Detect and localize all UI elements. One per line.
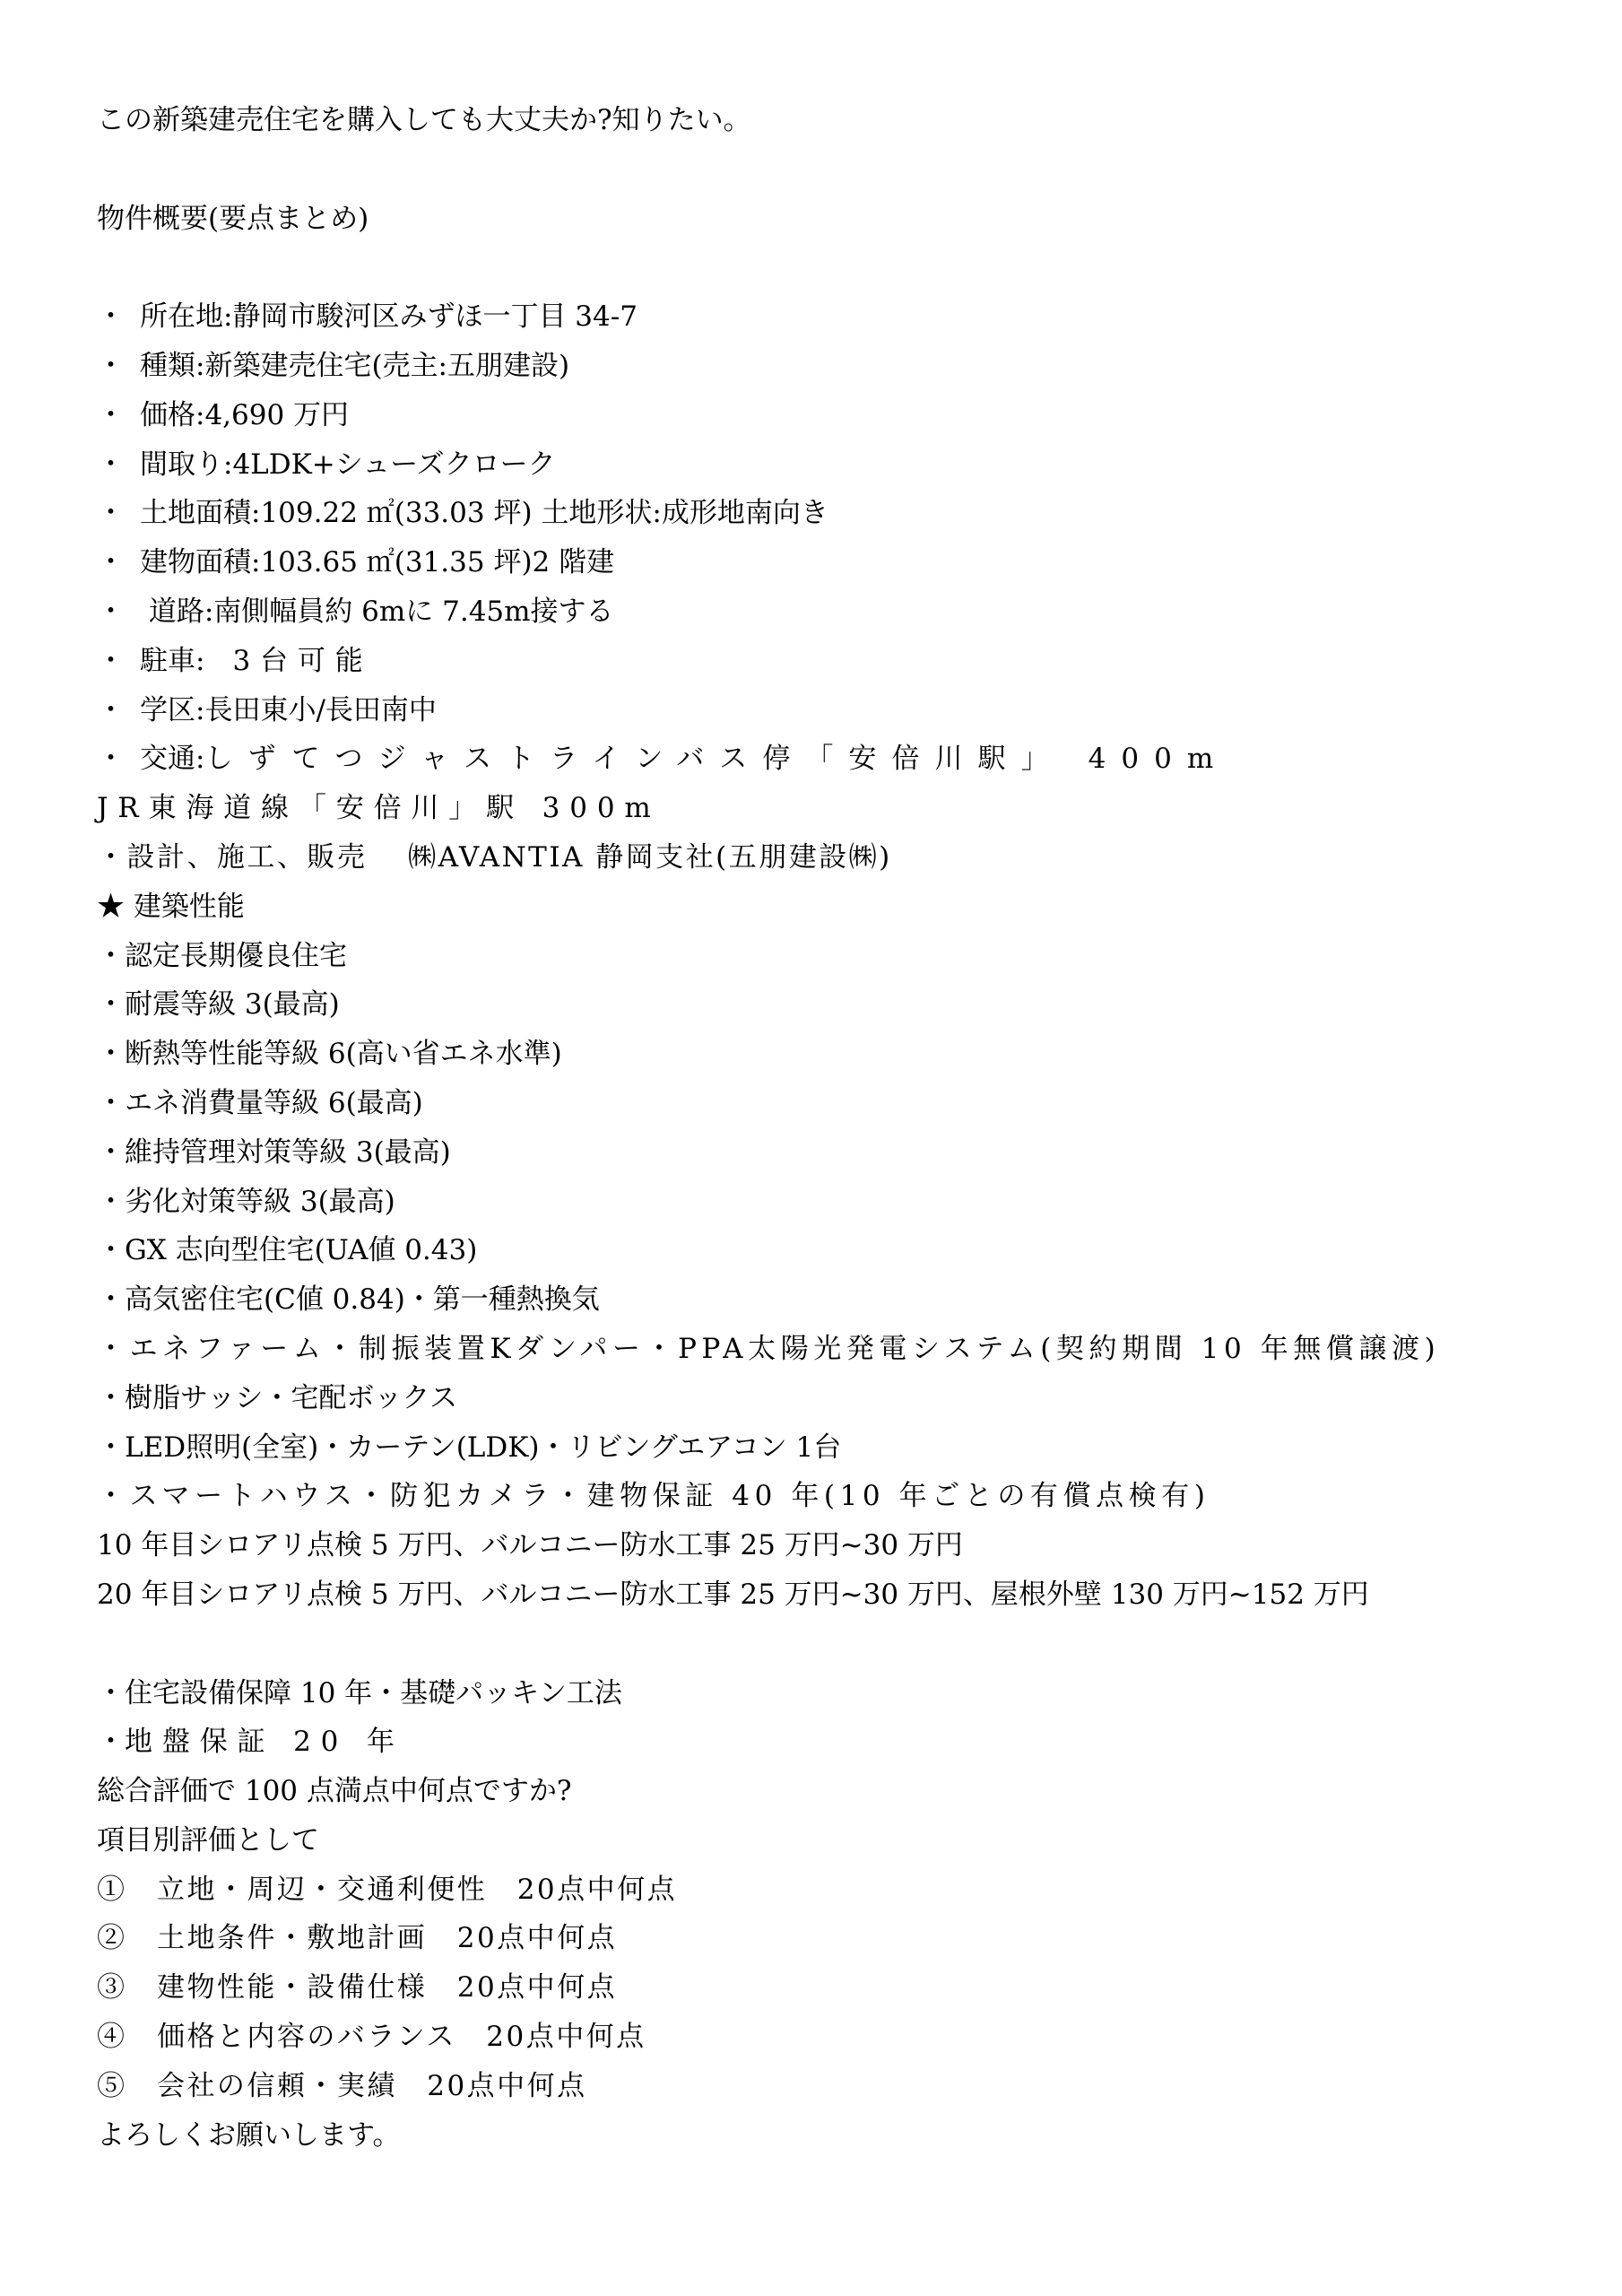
perf-led-curtain-aircon: ・LED照明(全室)・カーテン(LDK)・リビングエアコン 1台 xyxy=(97,1423,1567,1473)
item-price: ・価格:4,690 万円 xyxy=(97,391,1567,440)
item-floorplan: ・間取り:4LDK+シューズクローク xyxy=(97,440,1567,490)
text-segment: ② 土地条件・敷地計画 20点中何点 xyxy=(97,1922,617,1954)
text-segment: ・耐震等級 3(最高) xyxy=(97,988,340,1021)
question-overall-score: 総合評価で 100 点満点中何点ですか? xyxy=(97,1767,1567,1816)
text-segment: 建物面積:103.65 ㎡(31.35 坪)2 階建 xyxy=(140,546,614,578)
perf-durability-grade: ・劣化対策等級 3(最高) xyxy=(97,1178,1567,1227)
blank-line xyxy=(97,243,1567,292)
text-segment: 駐車: xyxy=(140,645,232,677)
warranty-ground: ・地盤保証 20 年 xyxy=(97,1718,1567,1767)
bullet-marker: ・ xyxy=(97,440,140,490)
score-item-4: ④ 価格と内容のバランス 20点中何点 xyxy=(97,2013,1567,2062)
text-segment: 3台可能 xyxy=(232,645,372,677)
perf-maintenance-grade: ・維持管理対策等級 3(最高) xyxy=(97,1128,1567,1178)
perf-sash-deliverybox: ・樹脂サッシ・宅配ボックス xyxy=(97,1374,1567,1423)
bullet-marker: ・ xyxy=(97,391,140,440)
score-item-2: ② 土地条件・敷地計画 20点中何点 xyxy=(97,1914,1567,1963)
item-location: ・所在地:静岡市駿河区みずほ一丁目 34-7 xyxy=(97,292,1567,342)
text-segment: ・GX 志向型住宅(UA値 0.43) xyxy=(97,1234,477,1266)
bullet-marker: ・ xyxy=(97,342,140,391)
bullet-marker: ・ xyxy=(97,489,140,538)
text-segment: 土地面積:109.22 ㎡(33.03 坪) 土地形状:成形地南向き xyxy=(140,497,828,529)
text-segment: ・スマートハウス・防犯カメラ・建物保証 40 年(10 年ごとの有償点検有) xyxy=(97,1480,1210,1512)
item-road: ・ 道路:南側幅員約 6mに 7.45m接する xyxy=(97,587,1567,637)
text-segment: よろしくお願いします。 xyxy=(97,2119,401,2152)
text-segment: 道路:南側幅員約 6mに 7.45m接する xyxy=(140,596,614,628)
text-segment: ・設計、施工、販売 ㈱AVANTIA 静岡支社(五朋建設㈱) xyxy=(97,841,892,874)
maintenance-cost-10yr: 10 年目シロアリ点検 5 万円、バルコニー防水工事 25 万円~30 万円 xyxy=(97,1521,1567,1570)
bullet-marker: ・ xyxy=(97,587,140,637)
perf-seismic-grade: ・耐震等級 3(最高) xyxy=(97,980,1567,1030)
text-segment: しずてつジャストラインバス停「安倍川駅」 400m xyxy=(204,743,1228,775)
item-type: ・種類:新築建売住宅(売主:五朋建設) xyxy=(97,342,1567,391)
item-school-district: ・学区:長田東小/長田南中 xyxy=(97,686,1567,735)
text-segment: 総合評価で 100 点満点中何点ですか? xyxy=(97,1775,572,1807)
closing: よろしくお願いします。 xyxy=(97,2111,1567,2161)
perf-gx-house: ・GX 志向型住宅(UA値 0.43) xyxy=(97,1226,1567,1275)
text-segment: ① 立地・周辺・交通利便性 20点中何点 xyxy=(97,1874,677,1906)
performance-heading: ★ 建築性能 xyxy=(97,883,1567,932)
text-segment: 20 年目シロアリ点検 5 万円、バルコニー防水工事 25 万円~30 万円、屋… xyxy=(97,1578,1369,1611)
text-segment: JR東海道線「安倍川」駅 300m xyxy=(97,792,661,824)
document-page: この新築建売住宅を購入しても大丈夫か?知りたい。物件概要(要点まとめ)・所在地:… xyxy=(0,0,1622,2296)
score-item-5: ⑤ 会社の信頼・実績 20点中何点 xyxy=(97,2062,1567,2111)
text-segment: ・認定長期優良住宅 xyxy=(97,940,347,972)
warranty-equipment: ・住宅設備保障 10 年・基礎パッキン工法 xyxy=(97,1669,1567,1718)
bullet-marker: ・ xyxy=(97,292,140,342)
text-segment: 地盤保証 20 年 xyxy=(125,1726,404,1758)
text-segment: ③ 建物性能・設備仕様 20点中何点 xyxy=(97,1971,617,2004)
overview-heading: 物件概要(要点まとめ) xyxy=(97,195,1567,244)
score-item-1: ① 立地・周辺・交通利便性 20点中何点 xyxy=(97,1865,1567,1915)
text-segment: 価格:4,690 万円 xyxy=(140,399,349,431)
text-segment: 種類:新築建売住宅(売主:五朋建設) xyxy=(140,350,569,382)
perf-certified-long-life: ・認定長期優良住宅 xyxy=(97,932,1567,981)
text-segment: ★ 建築性能 xyxy=(97,891,245,923)
score-item-3: ③ 建物性能・設備仕様 20点中何点 xyxy=(97,1963,1567,2013)
text-segment: ・樹脂サッシ・宅配ボックス xyxy=(97,1382,457,1414)
maintenance-cost-20yr: 20 年目シロアリ点検 5 万円、バルコニー防水工事 25 万円~30 万円、屋… xyxy=(97,1570,1567,1620)
item-building-area: ・建物面積:103.65 ㎡(31.35 坪)2 階建 xyxy=(97,538,1567,587)
item-design-build-sales: ・設計、施工、販売 ㈱AVANTIA 静岡支社(五朋建設㈱) xyxy=(97,833,1567,883)
text-segment: 所在地:静岡市駿河区みずほ一丁目 34-7 xyxy=(140,300,638,333)
perf-insulation-grade: ・断熱等性能等級 6(高い省エネ水準) xyxy=(97,1030,1567,1079)
bullet-marker: ・ xyxy=(97,637,140,686)
text-segment: ・維持管理対策等級 3(最高) xyxy=(97,1136,451,1169)
blank-line xyxy=(97,145,1567,195)
text-segment: この新築建売住宅を購入しても大丈夫か?知りたい。 xyxy=(97,104,751,136)
document-lines: この新築建売住宅を購入しても大丈夫か?知りたい。物件概要(要点まとめ)・所在地:… xyxy=(97,96,1567,2160)
bullet-marker: ・ xyxy=(97,538,140,587)
perf-energy-grade: ・エネ消費量等級 6(最高) xyxy=(97,1079,1567,1128)
question-itemized-intro: 項目別評価として xyxy=(97,1816,1567,1865)
text-segment: 間取り:4LDK+シューズクローク xyxy=(140,448,556,481)
text-segment: 交通: xyxy=(140,743,204,775)
perf-smart-warranty: ・スマートハウス・防犯カメラ・建物保証 40 年(10 年ごとの有償点検有) xyxy=(97,1472,1567,1521)
text-segment: ・断熱等性能等級 6(高い省エネ水準) xyxy=(97,1038,562,1070)
text-segment: ・住宅設備保障 10 年・基礎パッキン工法 xyxy=(97,1677,622,1709)
text-segment: ④ 価格と内容のバランス 20点中何点 xyxy=(97,2021,646,2053)
text-segment: 項目別評価として xyxy=(97,1824,319,1857)
item-transport-continued: JR東海道線「安倍川」駅 300m xyxy=(97,784,1567,833)
item-parking: ・駐車: 3台可能 xyxy=(97,637,1567,686)
text-segment: ⑤ 会社の信頼・実績 20点中何点 xyxy=(97,2070,587,2102)
text-segment: ・高気密住宅(C値 0.84)・第一種熱換気 xyxy=(97,1283,600,1316)
text-segment: ・LED照明(全室)・カーテン(LDK)・リビングエアコン 1台 xyxy=(97,1431,841,1464)
text-segment: 10 年目シロアリ点検 5 万円、バルコニー防水工事 25 万円~30 万円 xyxy=(97,1529,963,1561)
blank-line xyxy=(97,1620,1567,1669)
bullet-marker: ・ xyxy=(97,735,140,784)
text-segment: 物件概要(要点まとめ) xyxy=(97,203,369,235)
item-land-area: ・土地面積:109.22 ㎡(33.03 坪) 土地形状:成形地南向き xyxy=(97,489,1567,538)
text-segment: ・エネファーム・制振装置Kダンパー・PPA太陽光発電システム(契約期間 10 年… xyxy=(97,1333,1440,1365)
perf-airtight: ・高気密住宅(C値 0.84)・第一種熱換気 xyxy=(97,1275,1567,1325)
text-segment: ・劣化対策等級 3(最高) xyxy=(97,1186,395,1218)
item-transport: ・交通:しずてつジャストラインバス停「安倍川駅」 400m xyxy=(97,735,1567,784)
perf-equipment-solar: ・エネファーム・制振装置Kダンパー・PPA太陽光発電システム(契約期間 10 年… xyxy=(97,1325,1567,1374)
bullet-marker: ・ xyxy=(97,686,140,735)
question-title: この新築建売住宅を購入しても大丈夫か?知りたい。 xyxy=(97,96,1567,145)
text-segment: 学区:長田東小/長田南中 xyxy=(140,694,437,726)
text-segment: ・エネ消費量等級 6(最高) xyxy=(97,1087,423,1119)
text-segment: ・ xyxy=(97,1726,125,1758)
